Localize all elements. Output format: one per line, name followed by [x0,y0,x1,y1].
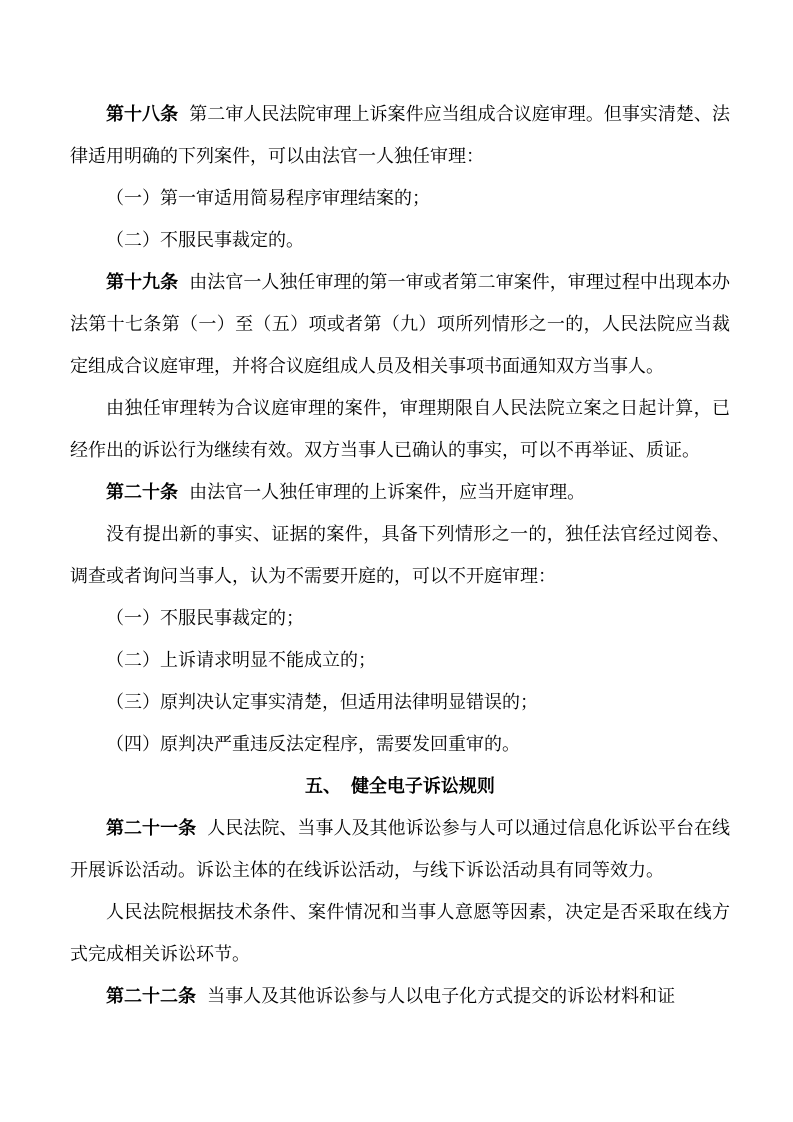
article-text: 当事人及其他诉讼参与人以电子化方式提交的诉讼材料和证 [207,986,675,1006]
article-text: 由法官一人独任审理的上诉案件，应当开庭审理。 [189,482,585,502]
body-paragraph: 人民法院根据技术条件、案件情况和当事人意愿等因素，决定是否采取在线方式完成相关诉… [70,891,730,975]
body-paragraph: 由独任审理转为合议庭审理的案件，审理期限自人民法院立案之日起计算，已经作出的诉讼… [70,387,730,471]
article-number: 第十九条 [106,272,178,292]
list-item-text: （一）不服民事裁定的； [106,608,304,628]
article-paragraph-19: 第十九条由法官一人独任审理的第一审或者第二审案件，审理过程中出现本办法第十七条第… [70,261,730,387]
section-number: 五、 [305,776,341,796]
list-item: （二）不服民事裁定的。 [70,219,730,261]
list-item-text: （二）上诉请求明显不能成立的； [106,650,376,670]
section-heading: 五、健全电子诉讼规则 [70,765,730,807]
list-item: （一）第一审适用简易程序审理结案的； [70,177,730,219]
paragraph-text: 由独任审理转为合议庭审理的案件，审理期限自人民法院立案之日起计算，已经作出的诉讼… [70,398,730,460]
article-paragraph-18: 第十八条第二审人民法院审理上诉案件应当组成合议庭审理。但事实清楚、法律适用明确的… [70,93,730,177]
article-paragraph-20: 第二十条由法官一人独任审理的上诉案件，应当开庭审理。 [70,471,730,513]
article-number: 第二十一条 [106,818,196,838]
document-page: 第十八条第二审人民法院审理上诉案件应当组成合议庭审理。但事实清楚、法律适用明确的… [0,0,793,1122]
article-number: 第十八条 [106,104,178,124]
article-paragraph-22: 第二十二条当事人及其他诉讼参与人以电子化方式提交的诉讼材料和证 [70,975,730,1017]
section-title: 健全电子诉讼规则 [351,776,495,796]
list-item: （二）上诉请求明显不能成立的； [70,639,730,681]
list-item-text: （一）第一审适用简易程序审理结案的； [106,188,430,208]
article-number: 第二十条 [106,482,178,502]
article-paragraph-21: 第二十一条人民法院、当事人及其他诉讼参与人可以通过信息化诉讼平台在线开展诉讼活动… [70,807,730,891]
list-item: （一）不服民事裁定的； [70,597,730,639]
paragraph-text: 人民法院根据技术条件、案件情况和当事人意愿等因素，决定是否采取在线方式完成相关诉… [70,902,730,964]
list-item-text: （四）原判决严重违反法定程序，需要发回重审的。 [106,734,520,754]
article-number: 第二十二条 [106,986,196,1006]
list-item: （三）原判决认定事实清楚，但适用法律明显错误的； [70,681,730,723]
document-body: 第十八条第二审人民法院审理上诉案件应当组成合议庭审理。但事实清楚、法律适用明确的… [70,93,730,1017]
list-item: （四）原判决严重违反法定程序，需要发回重审的。 [70,723,730,765]
list-item-text: （二）不服民事裁定的。 [106,230,304,250]
body-paragraph: 没有提出新的事实、证据的案件，具备下列情形之一的，独任法官经过阅卷、调查或者询问… [70,513,730,597]
list-item-text: （三）原判决认定事实清楚，但适用法律明显错误的； [106,692,538,712]
paragraph-text: 没有提出新的事实、证据的案件，具备下列情形之一的，独任法官经过阅卷、调查或者询问… [70,524,730,586]
